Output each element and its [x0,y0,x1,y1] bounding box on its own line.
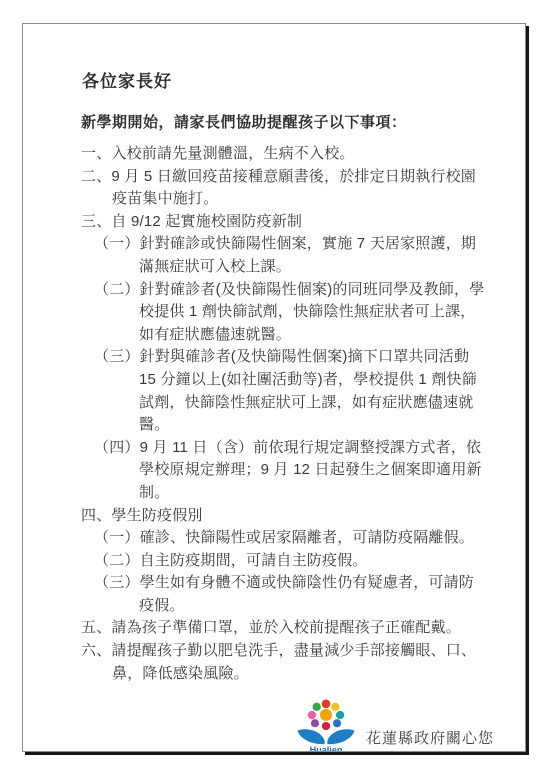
footer: Hualien 花蓮縣政府關心您 [297,698,485,752]
petal-center [320,709,332,721]
sub-list-item: （一）確診、快篩陽性或居家隔離者，可請防疫隔離假。 [94,527,485,550]
hualien-logo-icon: Hualien [297,698,355,752]
sub-list-item: （四）9 月 11 日（含）前依現行規定調整授課方式者，依學校原規定辦理；9 月… [94,437,485,505]
petal-lower-right [333,719,341,727]
petal-left [308,711,316,719]
item-text: 請為孩子準備口罩，並於入校前提醒孩子正確配戴。 [111,619,461,636]
item-text: 9 月 11 日（含）前依現行規定調整授課方式者，依學校原規定辦理；9 月 12… [139,439,482,501]
list-item: 五、請為孩子準備口罩，並於入校前提醒孩子正確配戴。 [81,617,485,640]
item-text: 確診、快篩陽性或居家隔離者，可請防疫隔離假。 [140,529,474,546]
logo-right-wing [327,729,354,744]
notice-list: 一、入校前請先量測體溫，生病不入校。 二、9 月 5 日繳回疫苗接種意願書後，於… [81,143,485,685]
petal-top [322,700,331,709]
sub-list-item: （三）學生如有身體不適或快篩陰性仍有疑慮者，可請防疫假。 [94,572,485,617]
petal-right [336,711,344,719]
item-text: 學生如有身體不適或快篩陰性仍有疑慮者，可請防疫假。 [139,574,474,614]
list-item: 六、請提醒孩子勤以肥皂洗手，盡量減少手部接觸眼、口、鼻，降低感染風險。 [81,640,485,685]
notice-page: 各位家長好 新學期開始，請家長們協助提醒孩子以下事項： 一、入校前請先量測體溫，… [22,23,526,752]
hualien-logo: Hualien [297,698,355,752]
item-marker: （二） [94,552,140,569]
item-marker: （一） [94,235,140,252]
item-marker: （二） [94,281,140,298]
item-text: 針對確診或快篩陽性個案，實施 7 天居家照護，期滿無症狀可入校上課。 [139,235,476,275]
sub-list-item: （三）針對與確診者(及快篩陽性個案)摘下口罩共同活動 15 分鐘以上(如社團活動… [94,346,485,436]
item-text: 學生防疫假別 [111,507,202,524]
item-text: 入校前請先量測體溫，生病不入校。 [111,145,354,162]
item-text: 9 月 5 日繳回疫苗接種意願書後，於排定日期執行校園疫苗集中施打。 [111,168,476,208]
item-marker: （三） [94,348,140,365]
list-item: 二、9 月 5 日繳回疫苗接種意願書後，於排定日期執行校園疫苗集中施打。 [81,166,485,211]
logo-left-wing [298,729,325,744]
item-marker: 五、 [81,619,111,636]
sub-list-item: （二）針對確診者(及快篩陽性個案)的同班同學及教師，學校提供 1 劑快篩試劑，快… [94,279,485,347]
item-marker: （一） [94,529,140,546]
item-marker: 一、 [81,145,111,162]
greeting-heading: 各位家長好 [82,67,485,92]
footer-caption: 花蓮縣政府關心您 [366,727,494,752]
item-text: 針對與確診者(及快篩陽性個案)摘下口罩共同活動 15 分鐘以上(如社團活動等)者… [139,348,477,433]
item-text: 自主防疫期間，可請自主防疫假。 [140,552,368,569]
item-marker: 三、 [81,213,111,230]
item-marker: （四） [94,439,140,456]
sub-list-item: （一）針對確診或快篩陽性個案，實施 7 天居家照護，期滿無症狀可入校上課。 [94,233,485,278]
item-marker: 二、 [81,168,111,185]
item-marker: （三） [94,574,140,591]
item-marker: 四、 [81,507,111,524]
item-text: 針對確診者(及快篩陽性個案)的同班同學及教師，學校提供 1 劑快篩試劑，快篩陰性… [139,281,484,343]
list-item: 三、自 9/12 起實施校園防疫新制 [81,211,485,234]
item-marker: 六、 [81,642,111,659]
petal-upper-right [331,703,339,711]
petal-bottom [322,722,330,730]
petal-upper-left [313,703,321,711]
petal-lower-left [311,719,319,727]
sub-list-item: （二）自主防疫期間，可請自主防疫假。 [94,550,485,573]
item-text: 請提醒孩子勤以肥皂洗手，盡量減少手部接觸眼、口、鼻，降低感染風險。 [111,642,476,682]
item-text: 自 9/12 起實施校園防疫新制 [111,213,302,230]
intro-line: 新學期開始，請家長們協助提醒孩子以下事項： [81,111,485,132]
logo-wordmark: Hualien [310,745,343,752]
list-item: 四、學生防疫假別 [81,505,485,528]
list-item: 一、入校前請先量測體溫，生病不入校。 [81,143,485,166]
